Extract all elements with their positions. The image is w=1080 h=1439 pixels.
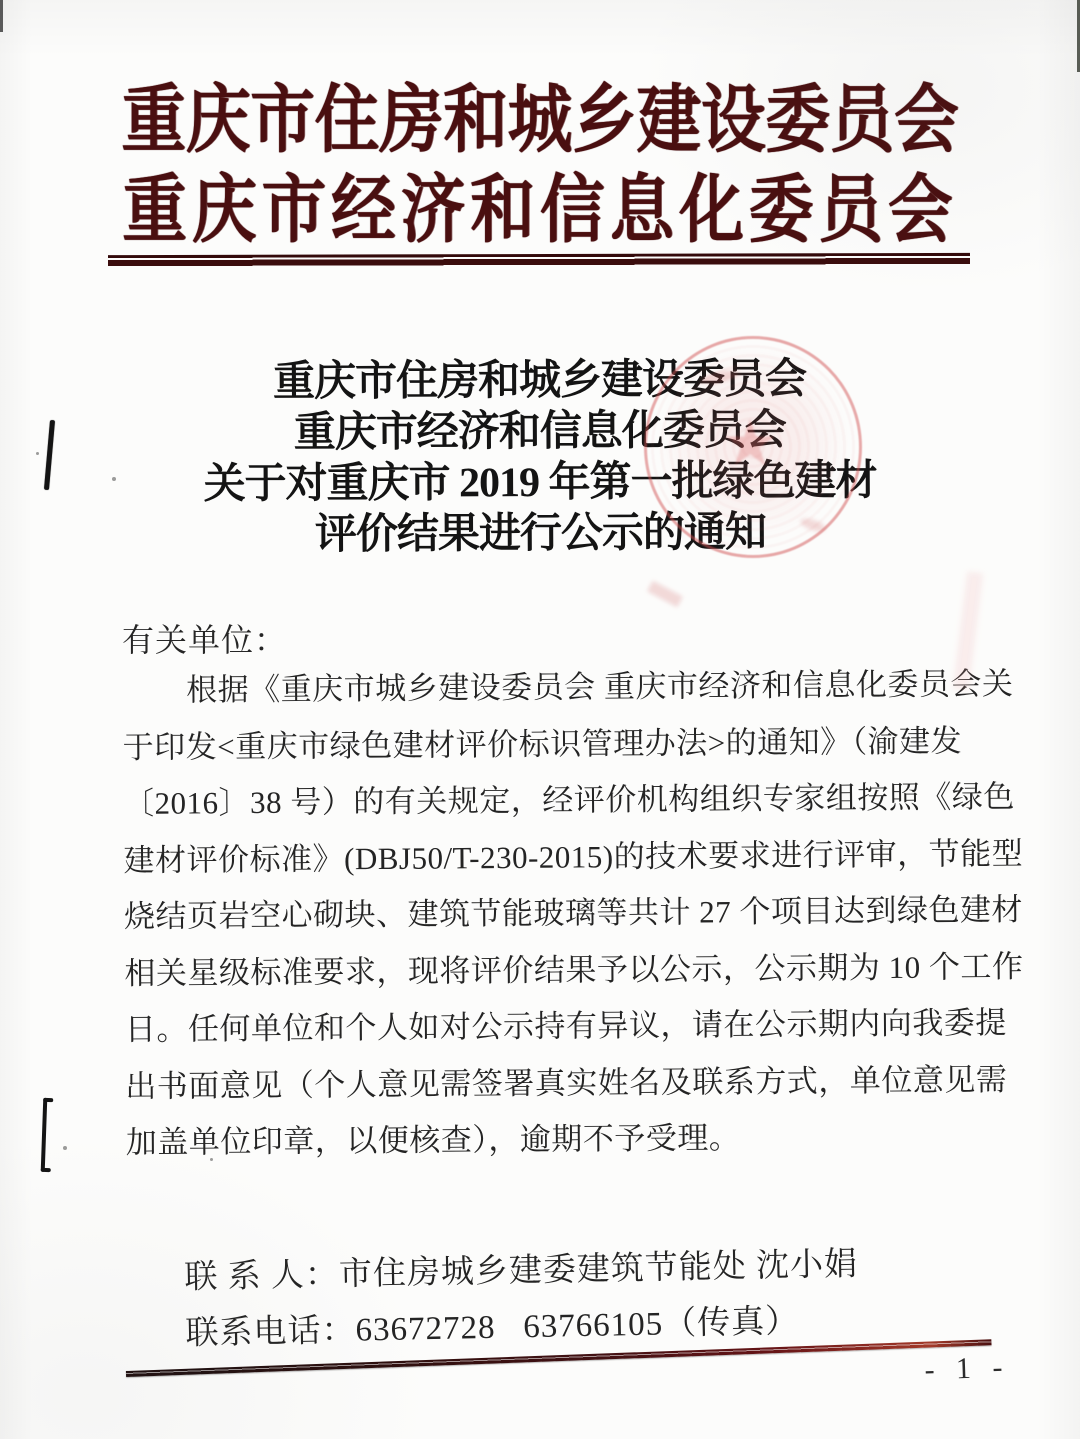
document-title: 重庆市住房和城乡建设委员会 重庆市经济和信息化委员会 关于对重庆市 2019 年…: [0, 353, 1080, 563]
body-line: 建材评价标准》(DBJ50/T-230-2015)的技术要求进行评审，节能型: [123, 825, 1023, 889]
salutation: 有关单位：: [122, 618, 287, 662]
scan-speck: [168, 1086, 171, 1089]
body-line: 于印发<重庆市绿色建材评价标识管理办法>的通知》（渝建发: [122, 712, 1022, 776]
body-line: 相关星级标准要求，现将评价结果予以公示，公示期为 10 个工作: [124, 938, 1024, 1002]
document-title-line: 关于对重庆市 2019 年第一批绿色建材: [0, 455, 1080, 512]
contact-phone-value: 63672728 63766105（传真）: [355, 1304, 799, 1349]
contact-block: 联 系 人：市住房城乡建委建筑节能处 沈小娟 联系电话：63672728 637…: [184, 1236, 860, 1361]
seal-ink-smudge: [647, 581, 683, 608]
document-title-line: 重庆市住房和城乡建设委员会: [0, 353, 1080, 410]
scan-speck: [210, 1158, 213, 1161]
contact-person-value: 市住房城乡建委建筑节能处 沈小娟: [339, 1246, 859, 1292]
body-line: 〔2016〕38 号）的有关规定，经评价机构组织专家组按照《绿色: [123, 769, 1023, 833]
page-number: - 1 -: [911, 1350, 1022, 1388]
body-line: 加盖单位印章，以便核查），逾期不予受理。: [126, 1108, 1026, 1172]
body-paragraph: 根据《重庆市城乡建设委员会 重庆市经济和信息化委员会关 于印发<重庆市绿色建材评…: [122, 656, 1026, 1172]
body-line: 烧结页岩空心砌块、建筑节能玻璃等共计 27 个项目达到绿色建材: [124, 882, 1024, 946]
official-seal-icon: [644, 336, 862, 558]
letterhead-line-2: 重庆市经济和信息化委员会: [70, 166, 1010, 256]
document-title-line: 评价结果进行公示的通知: [0, 506, 1080, 563]
body-line: 根据《重庆市城乡建设委员会 重庆市经济和信息化委员会关: [122, 656, 1022, 720]
document-title-line: 重庆市经济和信息化委员会: [0, 404, 1080, 461]
body-line: 出书面意见（个人意见需签署真实姓名及联系方式，单位意见需: [125, 1051, 1025, 1115]
contact-phone-label: 联系电话：: [185, 1313, 356, 1352]
body-line: 日。任何单位和个人如对公示持有异议，请在公示期内向我委提: [125, 995, 1025, 1059]
bracket-mark-artifact: [41, 1098, 54, 1172]
scan-speck: [63, 1146, 67, 1150]
letterhead-line-1: 重庆市住房和城乡建设委员会: [70, 76, 1010, 166]
scan-edge-artifact-left: [0, 0, 3, 32]
contact-person-label: 联 系 人：: [184, 1257, 339, 1296]
letterhead-divider-rule: [108, 253, 970, 267]
scanned-document-page: 重庆市住房和城乡建设委员会 重庆市经济和信息化委员会 重庆市住房和城乡建设委员会…: [0, 0, 1080, 1439]
